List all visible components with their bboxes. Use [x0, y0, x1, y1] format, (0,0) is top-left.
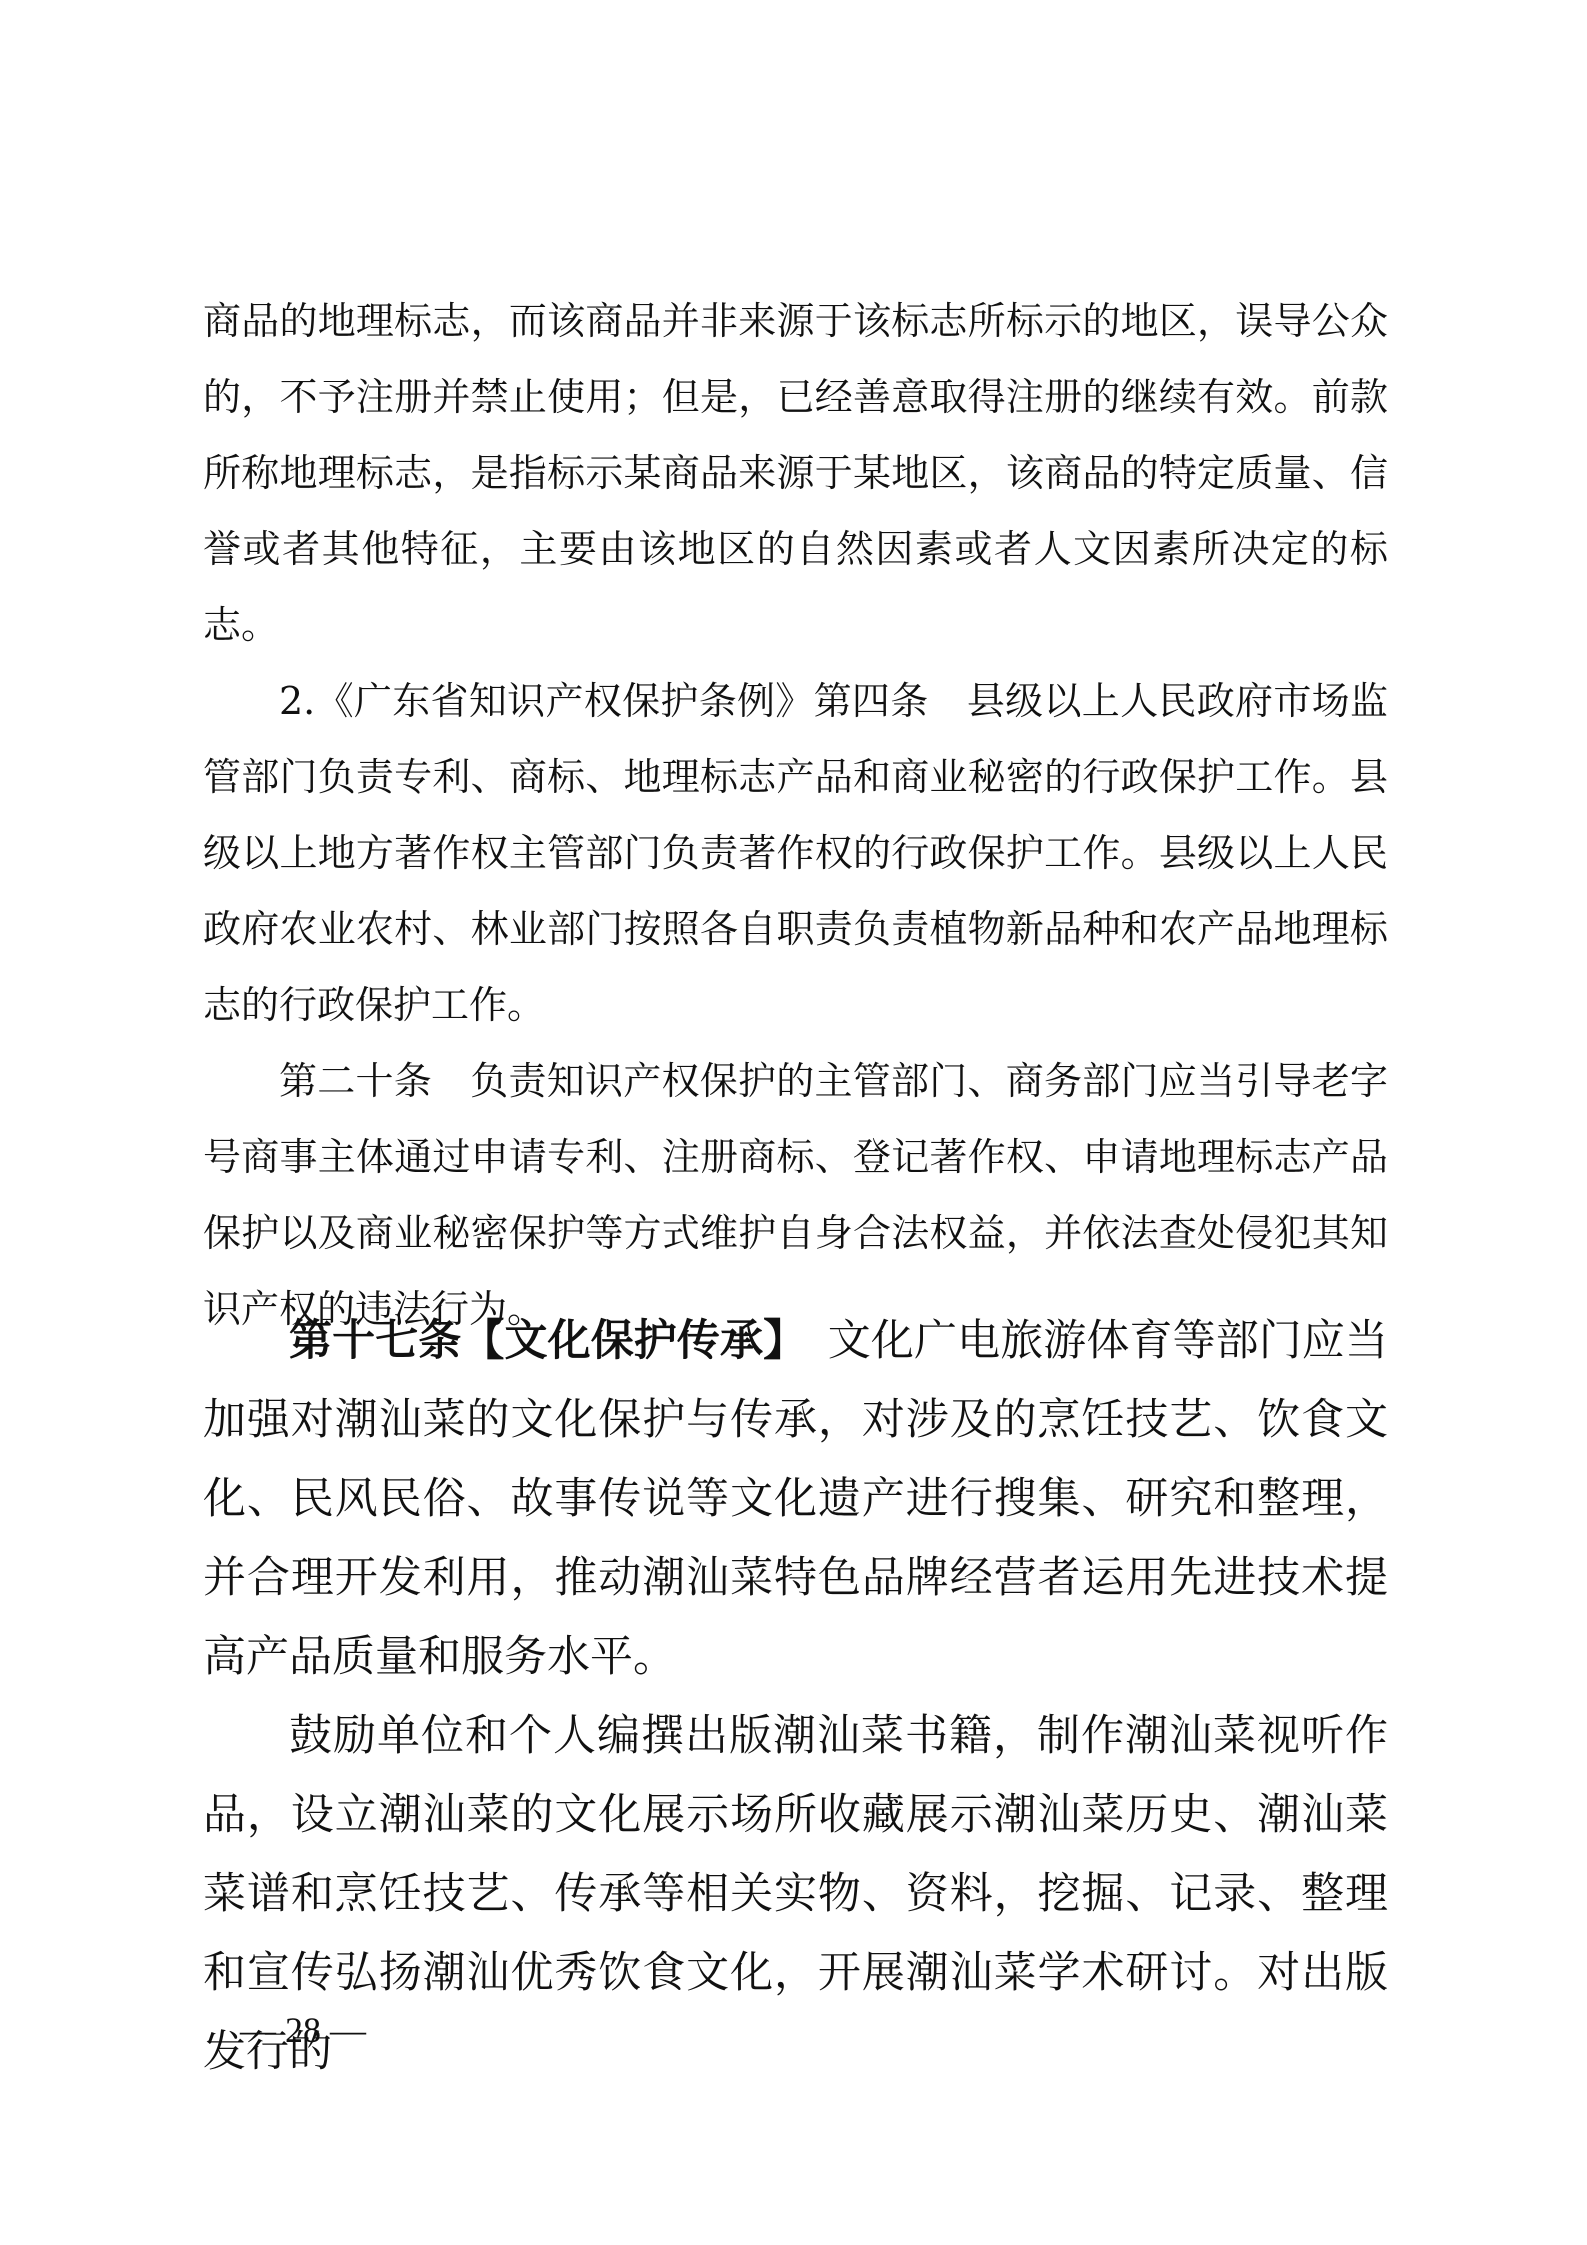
article-lead-text: 文化广电旅游体育等部门应当加强对潮汕菜的文化保护与传承，对涉及的烹饪技艺、饮食文…: [203, 1316, 1388, 1682]
article-section: 第十七条【文化保护传承】 文化广电旅游体育等部门应当加强对潮汕菜的文化保护与传承…: [203, 1302, 1388, 2092]
article-17-paragraph-2: 鼓励单位和个人编撰出版潮汕菜书籍，制作潮汕菜视听作品，设立潮汕菜的文化展示场所收…: [203, 1697, 1388, 2092]
citation-section: 商品的地理标志，而该商品并非来源于该标志所标示的地区，误导公众的，不予注册并禁止…: [203, 283, 1388, 1347]
article-title: 第十七条【文化保护传承】: [289, 1316, 785, 1366]
page-number: — 28 —: [240, 2005, 366, 2055]
document-page: 商品的地理标志，而该商品并非来源于该标志所标示的地区，误导公众的，不予注册并禁止…: [0, 0, 1587, 2245]
article-17-paragraph: 第十七条【文化保护传承】 文化广电旅游体育等部门应当加强对潮汕菜的文化保护与传承…: [203, 1302, 1388, 1697]
citation-paragraph-2: 2.《广东省知识产权保护条例》第四条 县级以上人民政府市场监管部门负责专利、商标…: [203, 663, 1388, 1043]
citation-paragraph-1: 商品的地理标志，而该商品并非来源于该标志所标示的地区，误导公众的，不予注册并禁止…: [203, 283, 1388, 663]
